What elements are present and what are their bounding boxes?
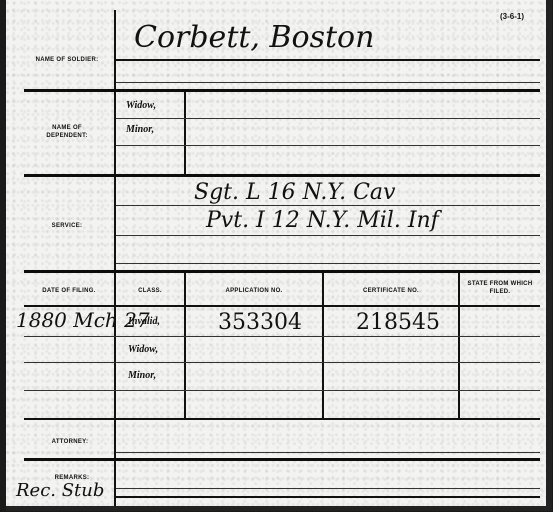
class-widow: Widow, [128,344,158,355]
rule [24,390,540,391]
rule [116,452,540,453]
rule [116,496,540,498]
table-header-rule [24,305,540,307]
dependent-name-label: Name of Dependent: [32,124,102,140]
section-divider [24,270,540,273]
rule [116,118,540,119]
remarks-annotation: Rec. Stub [16,480,104,501]
rule [116,82,540,83]
dependent-widow-label: Widow, [126,100,156,111]
rule [24,418,540,420]
rule [116,235,540,236]
soldier-name-label: Name of Soldier: [32,56,102,64]
class-minor: Minor, [128,370,156,381]
service-line-1: Sgt. L 16 N.Y. Cav [194,180,395,205]
certificate-number: 218545 [356,310,440,335]
attorney-label: Attorney: [32,438,108,446]
pension-index-card: (3-6-1) Name of Soldier: Corbett, Boston… [6,0,552,511]
class-invalid: Invalid, [128,316,160,327]
rule [116,488,540,489]
application-number: 353304 [218,310,302,335]
label-column-divider [114,10,116,506]
header-certificate-no: Certificate No. [324,287,458,295]
rule [24,362,540,363]
section-divider [24,174,540,177]
header-class: Class. [116,287,184,295]
header-application-no: Application No. [186,287,322,295]
form-code: (3-6-1) [500,12,524,21]
soldier-name: Corbett, Boston [134,20,374,55]
service-label: Service: [32,222,102,230]
dependent-sub-divider [184,92,186,174]
service-line-2: Pvt. I 12 N.Y. Mil. Inf [206,208,439,233]
header-state-filed: State from which filed. [460,280,540,296]
header-date-of-filing: Date of Filing. [24,287,114,295]
rule [116,205,540,206]
rule [116,263,540,264]
section-divider [24,89,540,92]
section-divider [24,458,540,461]
dependent-minor-label: Minor, [126,124,154,135]
rule [116,59,540,61]
rule [116,145,540,146]
rule [24,336,540,337]
